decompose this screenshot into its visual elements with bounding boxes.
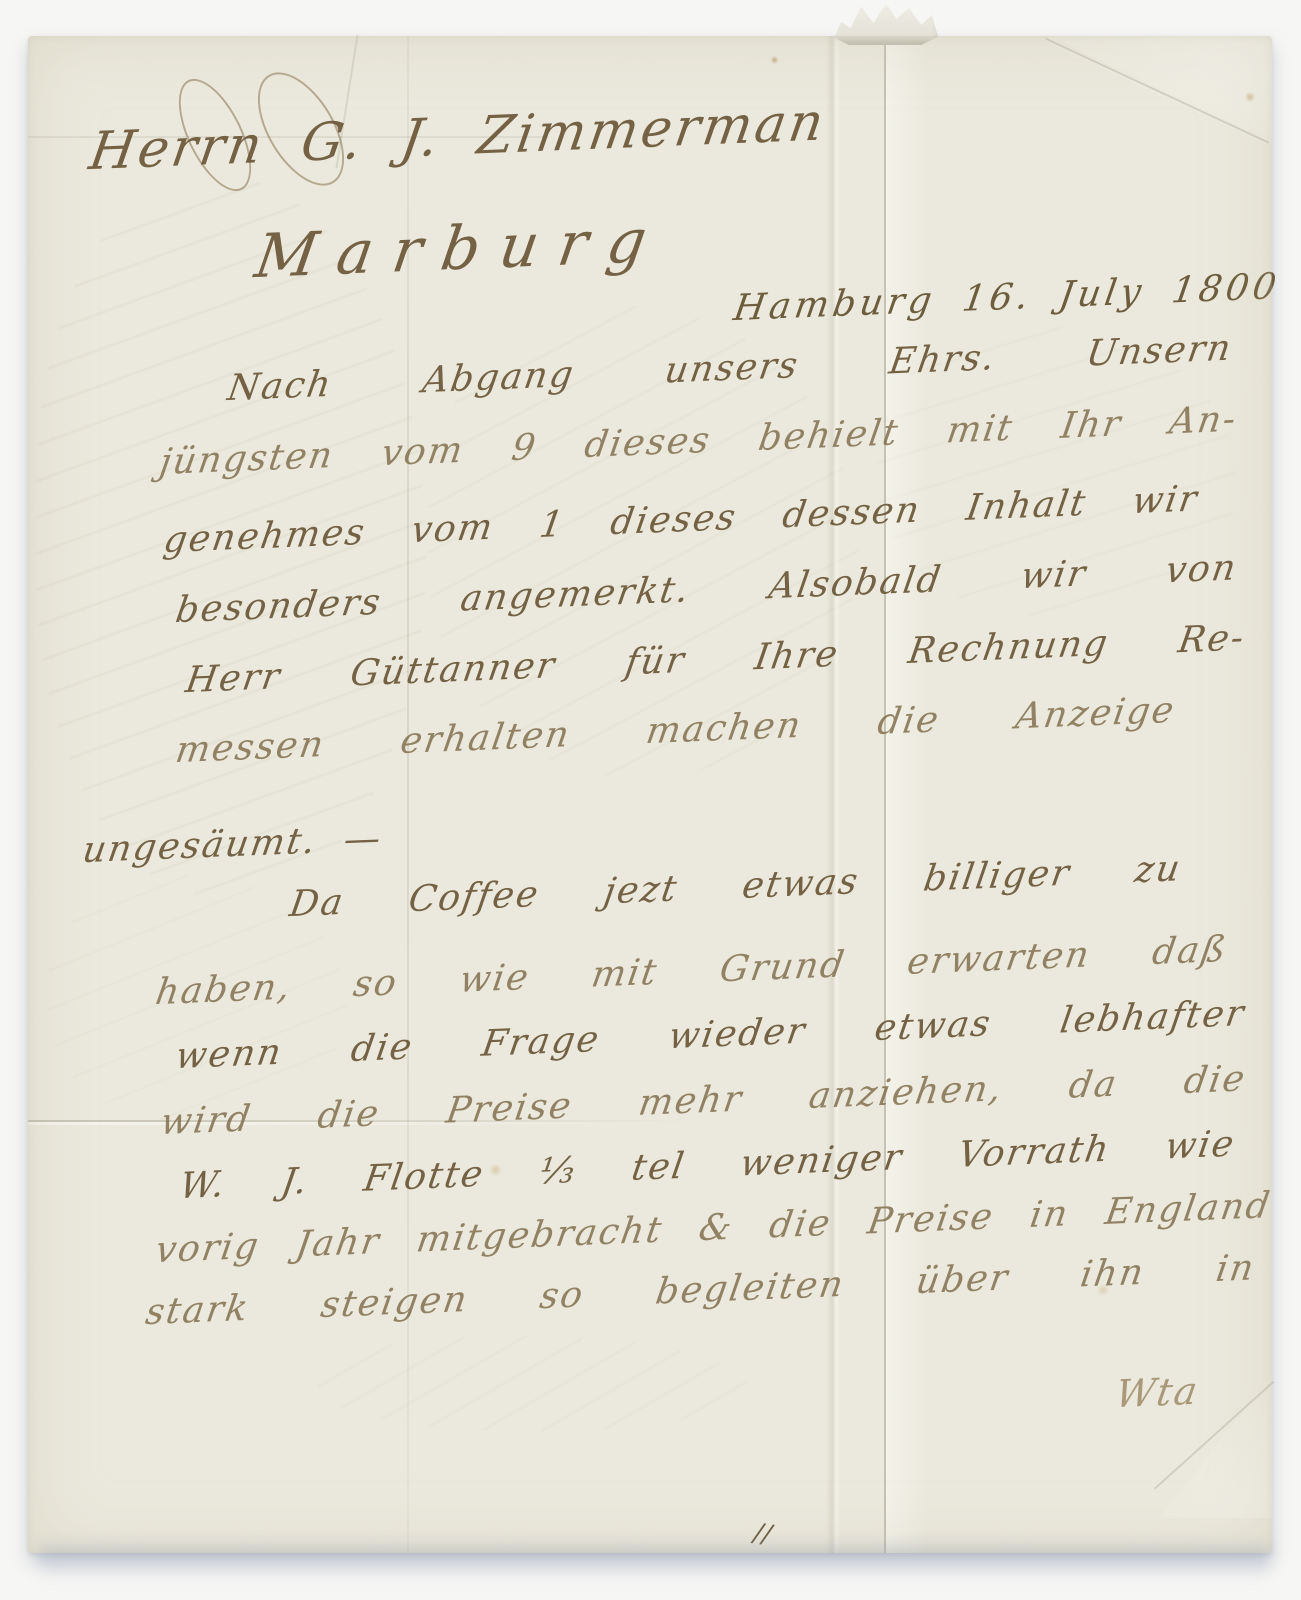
address-line-recipient: Herrn G. J. Zimmerman	[85, 92, 830, 182]
address-line-city: Marburg	[251, 205, 671, 292]
body-line: besonders angemerkt. Alsobald wir von	[173, 547, 1240, 631]
fold-crease-vertical-soft	[826, 36, 840, 1553]
seal-remnant	[834, 3, 938, 45]
body-line: Herr Güttanner für Ihre Rechnung Re-	[183, 617, 1248, 701]
fold-crease-vertical-sharp	[884, 36, 886, 1553]
body-line: genehmes vom 1 dieses dessen Inhalt wir	[161, 478, 1201, 561]
scanned-letter-page: { "document": { "kind": "handwritten mer…	[0, 0, 1301, 1600]
catchword: Wta	[1113, 1369, 1203, 1417]
folded-corner-top-right	[1048, 36, 1272, 142]
body-line: Nach Abgang unsers Ehrs. Unsern	[225, 328, 1236, 410]
body-line: jüngsten vom 9 dieses behielt mit Ihr An…	[157, 399, 1240, 484]
fold-crease-highlight	[886, 36, 928, 1553]
body-line: Da Coffee jezt etwas billiger zu	[287, 848, 1185, 925]
paper-shadow	[40, 1546, 1270, 1586]
body-line: ungesäumt. —	[80, 818, 385, 871]
dateline: Hamburg 16. July 1800	[731, 266, 1283, 329]
stain-spot	[770, 56, 779, 64]
body-line: messen erhalten machen die Anzeige	[173, 690, 1179, 771]
ink-bleedthrough-patch	[318, 1336, 748, 1431]
letter-sheet: Herrn G. J. Zimmerman Marburg Hamburg 16…	[28, 36, 1272, 1553]
